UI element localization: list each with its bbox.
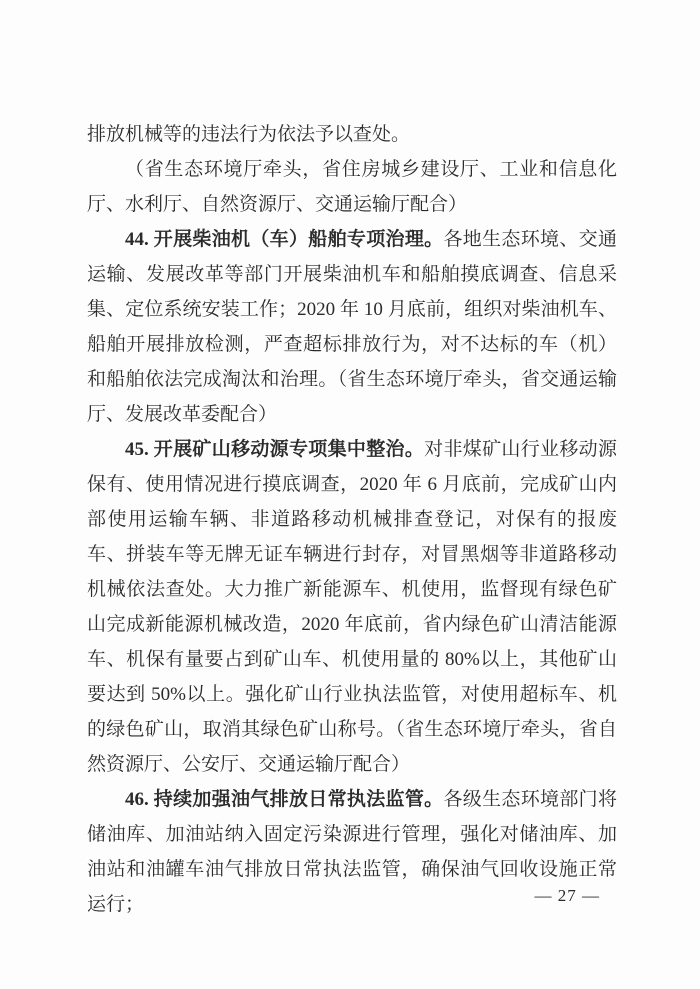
- paragraph-text: 排放机械等的违法行为依法予以查处。: [87, 124, 410, 145]
- document-page: 排放机械等的违法行为依法予以查处。 （省生态环境厅牵头，省住房城乡建设厅、工业和…: [0, 0, 700, 989]
- document-body: 排放机械等的违法行为依法予以查处。 （省生态环境厅牵头，省住房城乡建设厅、工业和…: [87, 117, 617, 922]
- paragraph-section-44: 44. 开展柴油机（车）船舶专项治理。各地生态环境、交通运输、发展改革等部门开展…: [87, 222, 617, 432]
- paragraph-continuation: 排放机械等的违法行为依法予以查处。: [87, 117, 617, 152]
- section-44-heading: 44. 开展柴油机（车）船舶专项治理。: [125, 229, 443, 250]
- paragraph-text: 各地生态环境、交通运输、发展改革等部门开展柴油机车和船舶摸底调查、信息采集、定位…: [87, 229, 617, 425]
- section-46-heading: 46. 持续加强油气排放日常执法监管。: [125, 789, 443, 810]
- paragraph-section-45: 45. 开展矿山移动源专项集中整治。对非煤矿山行业移动源保有、使用情况进行摸底调…: [87, 432, 617, 782]
- paragraph-text: 对非煤矿山行业移动源保有、使用情况进行摸底调查，2020 年 6 月底前，完成矿…: [87, 439, 617, 775]
- page-number: — 27 —: [535, 884, 601, 908]
- paragraph-responsibility-note: （省生态环境厅牵头，省住房城乡建设厅、工业和信息化厅、水利厅、自然资源厅、交通运…: [87, 152, 617, 222]
- section-45-heading: 45. 开展矿山移动源专项集中整治。: [125, 439, 424, 460]
- paragraph-text: （省生态环境厅牵头，省住房城乡建设厅、工业和信息化厅、水利厅、自然资源厅、交通运…: [87, 159, 617, 215]
